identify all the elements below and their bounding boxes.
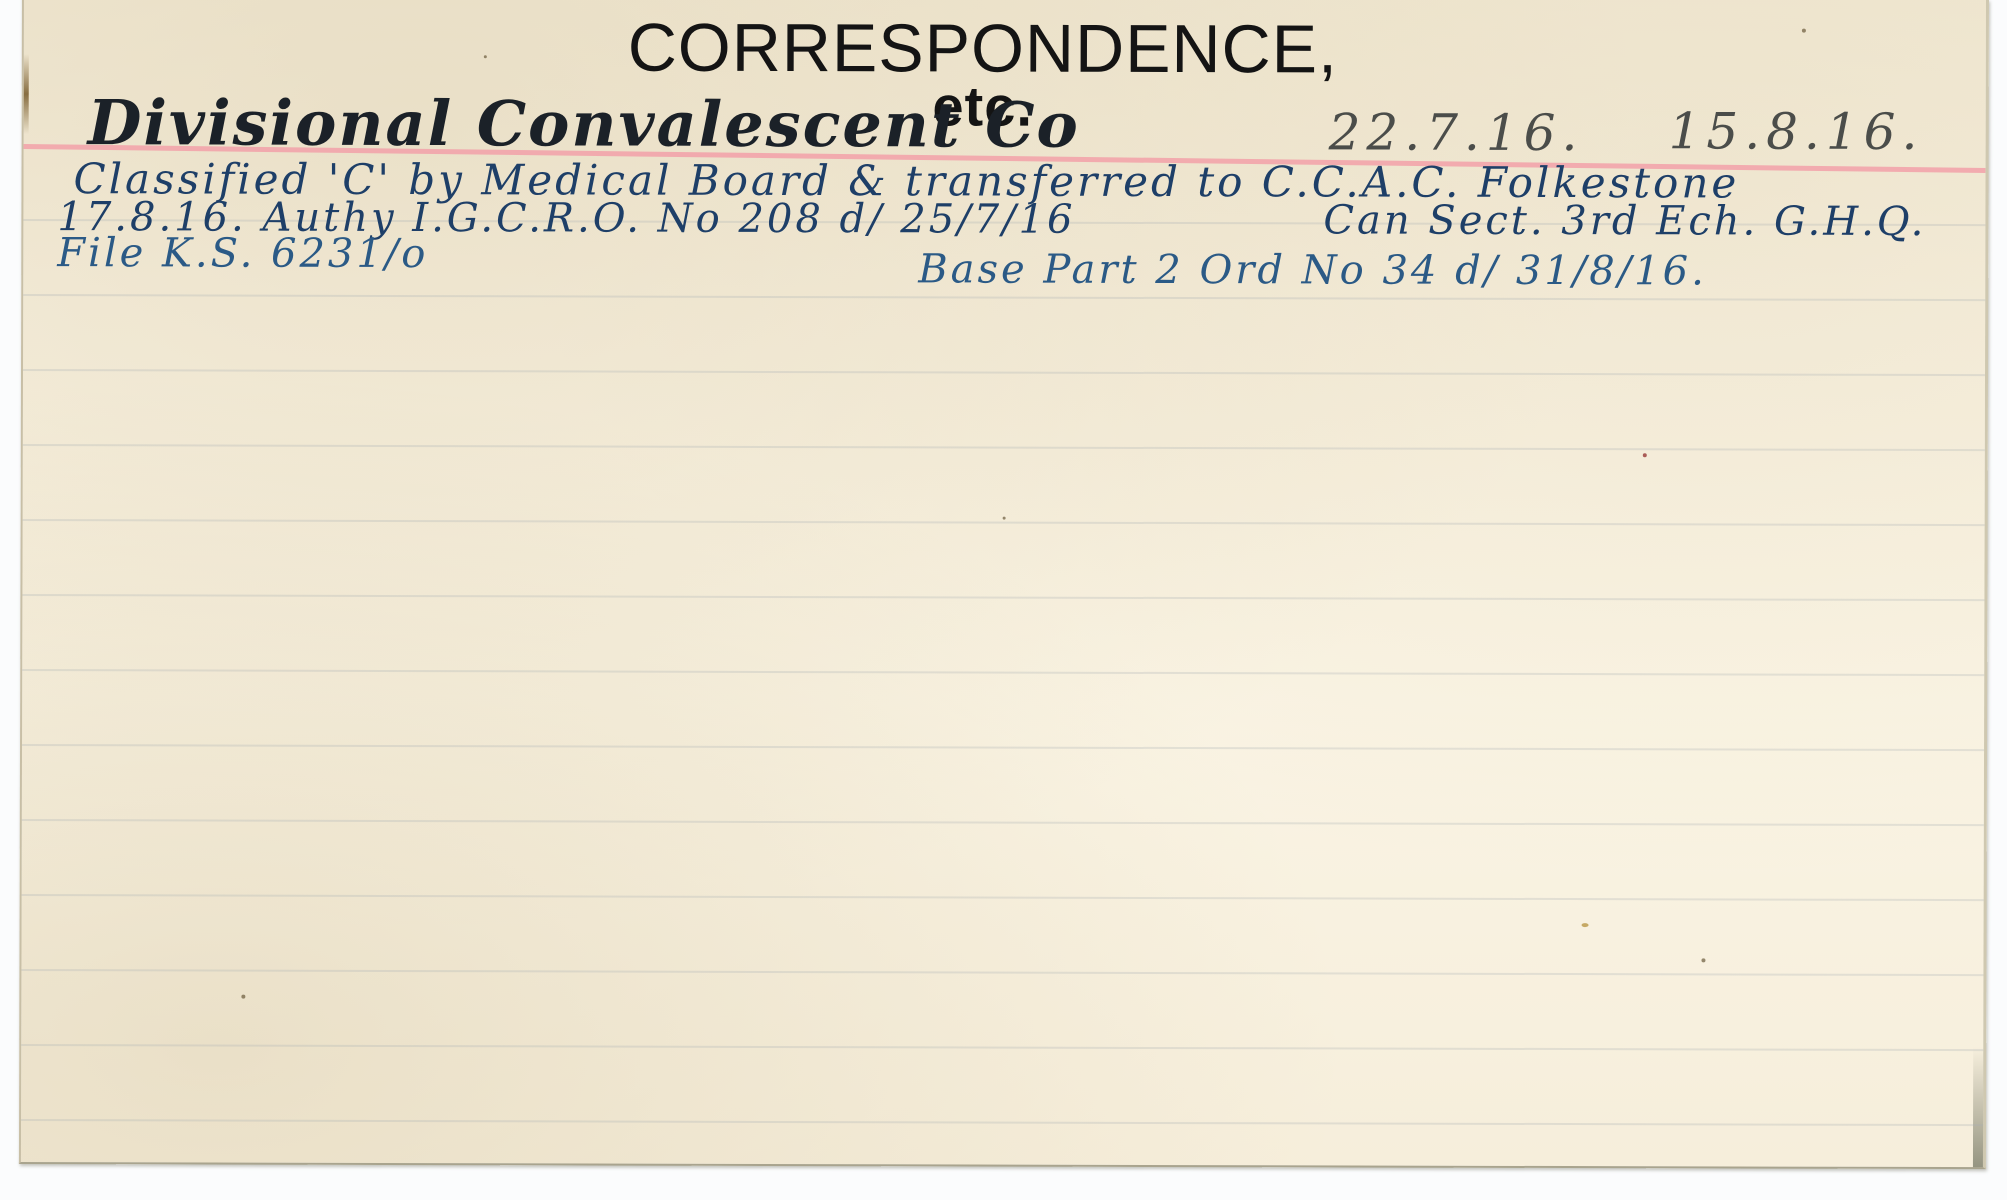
ruled-line — [22, 594, 1984, 601]
ruled-line — [21, 969, 1983, 976]
paper-speck — [1003, 517, 1006, 520]
paper-speck — [484, 55, 487, 58]
scanned-record-card-page: CORRESPONDENCE, etc. Divisional Convales… — [0, 0, 2007, 1200]
ruled-line — [23, 519, 1985, 526]
ruled-line — [22, 894, 1984, 901]
ruled-line — [21, 1044, 1983, 1051]
paper-speck — [1802, 29, 1806, 33]
paper-speck — [241, 995, 245, 999]
ruled-line — [22, 669, 1984, 676]
ruled-line — [22, 819, 1984, 826]
corner-wear — [1973, 1047, 1983, 1167]
ruled-line — [23, 444, 1985, 451]
ruled-line — [21, 1119, 1983, 1126]
file-reference-line: File K.S. 6231/o — [57, 230, 428, 277]
paper-speck — [1643, 453, 1647, 457]
correspondence-index-card: CORRESPONDENCE, etc. Divisional Convales… — [19, 0, 1989, 1169]
ruled-line — [23, 294, 1985, 301]
date-to-handwritten: 15.8.16. — [1669, 102, 1924, 161]
paper-speck — [1701, 958, 1705, 962]
ruled-line — [22, 744, 1984, 751]
base-order-line: Base Part 2 Ord No 34 d/ 31/8/16. — [918, 246, 1707, 294]
unit-name-handwritten: Divisional Convalescent Co — [88, 86, 1080, 162]
paper-speck — [1582, 923, 1589, 927]
ruled-line — [23, 369, 1985, 376]
section-line: Can Sect. 3rd Ech. G.H.Q. — [1323, 197, 1926, 245]
date-from-handwritten: 22.7.16. — [1329, 103, 1584, 162]
